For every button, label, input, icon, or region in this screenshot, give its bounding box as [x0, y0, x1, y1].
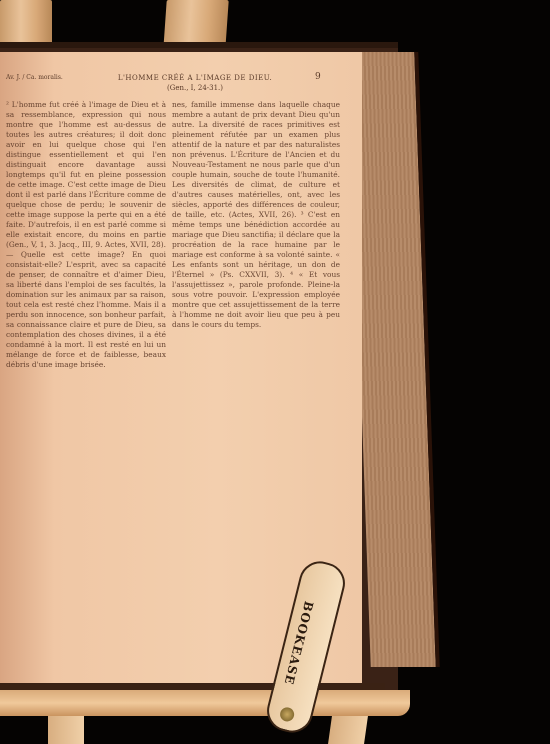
- screw-icon: [279, 706, 296, 723]
- easel-tray: [0, 690, 410, 716]
- text-column-left: ² L'homme fut créé à l'image de Dieu et …: [6, 100, 166, 370]
- text-column-right: nes, famille immense dans laquelle chaqu…: [172, 100, 340, 330]
- margin-note: Av. J. / Ca. moralis.: [6, 74, 63, 81]
- running-head: L'HOMME CRÉÉ A L'IMAGE DE DIEU.: [100, 74, 290, 82]
- easel-leg-right: [328, 716, 368, 744]
- easel-leg-left: [48, 716, 84, 744]
- scripture-reference: (Gen., I, 24-31.): [100, 84, 290, 92]
- page-number: 9: [315, 72, 321, 82]
